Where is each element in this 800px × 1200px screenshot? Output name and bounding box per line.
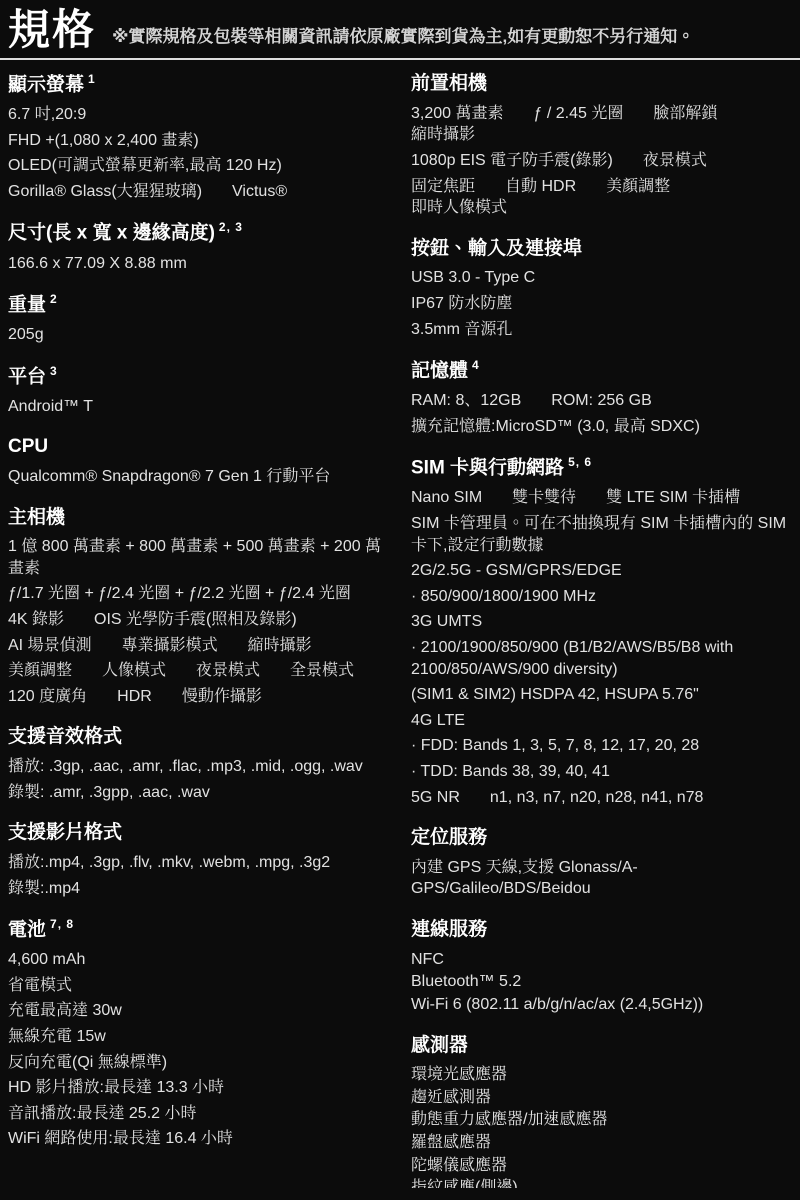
spec-value: 2G/2.5G - GSM/GPRS/EDGE [411, 560, 622, 582]
spec-value: 夜景模式 [196, 660, 260, 682]
section-heading-display: 顯示螢幕1 [8, 72, 385, 98]
spec-value: 1080p EIS 電子防手震(錄影) [411, 150, 613, 172]
section-heading-text: SIM 卡與行動網路 [411, 458, 564, 479]
spec-row: 166.6 x 77.09 X 8.88 mm [8, 253, 385, 275]
section-cpu: CPUQualcomm® Snapdragon® 7 Gen 1 行動平台 [8, 435, 385, 487]
spec-value: 6.7 吋,20:9 [8, 104, 86, 126]
spec-row: Android™ T [8, 396, 385, 418]
heading-footnote-superscript: 3 [50, 364, 58, 378]
section-front-camera: 前置相機3,200 萬畫素ƒ / 2.45 光圈臉部解鎖縮時攝影1080p EI… [411, 72, 788, 219]
spec-row: NFC [411, 949, 788, 971]
spec-value: 3G UMTS [411, 611, 482, 633]
section-heading-connectivity: 連線服務 [411, 918, 788, 943]
spec-value: 充電最高達 30w [8, 1000, 122, 1022]
spec-value: IP67 防水防塵 [411, 293, 512, 315]
spec-row: 美顏調整人像模式夜景模式全景模式 [8, 660, 385, 682]
spec-value: 人像模式 [102, 660, 166, 682]
spec-value: SIM 卡管理員。可在不抽換現有 SIM 卡插槽內的 SIM 卡下,設定行動數據 [411, 513, 788, 556]
spec-value: WiFi 網路使用:最長達 16.4 小時 [8, 1128, 233, 1150]
section-heading-location: 定位服務 [411, 826, 788, 851]
spec-value: 音訊播放:最長達 25.2 小時 [8, 1103, 196, 1125]
spec-row: (SIM1 & SIM2) HSDPA 42, HSUPA 5.76" [411, 684, 788, 706]
spec-value: 擴充記憶體:MicroSD™ (3.0, 最高 SDXC) [411, 416, 700, 438]
section-heading-text: 記憶體 [411, 361, 468, 382]
spec-row: 指紋感應(側邊) [411, 1177, 788, 1188]
section-heading-text: 電池 [8, 920, 46, 941]
spec-row: 5G NRn1, n3, n7, n20, n28, n41, n78 [411, 787, 788, 809]
spec-row: Qualcomm® Snapdragon® 7 Gen 1 行動平台 [8, 466, 385, 488]
section-platform: 平台3Android™ T [8, 364, 385, 418]
section-heading-ports: 按鈕、輸入及連接埠 [411, 237, 788, 262]
spec-row: 動態重力感應器/加速感應器 [411, 1109, 788, 1131]
spec-row: 播放:.mp4, .3gp, .flv, .mkv, .webm, .mpg, … [8, 852, 385, 874]
section-heading-cpu: CPU [8, 435, 385, 460]
section-heading-platform: 平台3 [8, 364, 385, 390]
section-heading-text: 平台 [8, 366, 46, 387]
section-heading-text: 定位服務 [411, 827, 487, 848]
spec-value: 播放:.mp4, .3gp, .flv, .mkv, .webm, .mpg, … [8, 852, 330, 874]
disclaimer-note: ※實際規格及包裝等相關資訊請依原廠實際到貨為主,如有更動恕不另行通知。 [112, 27, 694, 47]
section-connectivity: 連線服務NFCBluetooth™ 5.2Wi-Fi 6 (802.11 a/b… [411, 918, 788, 1015]
section-heading-text: 連線服務 [411, 919, 487, 940]
spec-row: 陀螺儀感應器 [411, 1155, 788, 1177]
spec-row: 4G LTE [411, 710, 788, 732]
spec-value: 即時人像模式 [411, 197, 507, 219]
spec-row: 4K 錄影OIS 光學防手震(照相及錄影) [8, 609, 385, 631]
spec-value: 無線充電 15w [8, 1026, 106, 1048]
section-main-camera: 主相機1 億 800 萬畫素 + 800 萬畫素 + 500 萬畫素 + 200… [8, 506, 385, 708]
heading-footnote-superscript: 2 [50, 292, 58, 306]
spec-value: 羅盤感應器 [411, 1132, 491, 1154]
spec-row: 省電模式 [8, 975, 385, 997]
spec-value: OLED(可調式螢幕更新率,最高 120 Hz) [8, 155, 282, 177]
section-heading-weight: 重量2 [8, 292, 385, 318]
spec-value: 內建 GPS 天線,支援 Glonass/A-GPS/Galileo/BDS/B… [411, 857, 788, 900]
section-heading-text: 尺寸(長 x 寬 x 邊緣高度) [8, 223, 215, 244]
section-heading-video-formats: 支援影片格式 [8, 821, 385, 846]
spec-row: 錄製: .amr, .3gpp, .aac, .wav [8, 782, 385, 804]
section-heading-battery: 電池7, 8 [8, 917, 385, 943]
spec-value: USB 3.0 - Type C [411, 267, 535, 289]
heading-footnote-superscript: 1 [88, 72, 96, 86]
section-heading-main-camera: 主相機 [8, 506, 385, 531]
spec-value: RAM: 8、12GB [411, 390, 521, 412]
section-heading-dimensions: 尺寸(長 x 寬 x 邊緣高度)2, 3 [8, 220, 385, 246]
section-heading-text: 重量 [8, 294, 46, 315]
spec-row: IP67 防水防塵 [411, 293, 788, 315]
spec-value: Qualcomm® Snapdragon® 7 Gen 1 行動平台 [8, 466, 330, 488]
spec-value: 205g [8, 324, 44, 346]
spec-row: 4,600 mAh [8, 949, 385, 971]
spec-row: AI 場景偵測專業攝影模式縮時攝影 [8, 635, 385, 657]
section-heading-text: CPU [8, 436, 48, 457]
spec-value: Wi-Fi 6 (802.11 a/b/g/n/ac/ax (2.4,5GHz)… [411, 994, 703, 1016]
spec-value: n1, n3, n7, n20, n28, n41, n78 [490, 787, 704, 809]
spec-row: · TDD: Bands 38, 39, 40, 41 [411, 761, 788, 783]
spec-row: SIM 卡管理員。可在不抽換現有 SIM 卡插槽內的 SIM 卡下,設定行動數據 [411, 513, 788, 556]
spec-row: Wi-Fi 6 (802.11 a/b/g/n/ac/ax (2.4,5GHz)… [411, 994, 788, 1016]
section-display: 顯示螢幕16.7 吋,20:9FHD +(1,080 x 2,400 畫素)OL… [8, 72, 385, 202]
spec-value: · FDD: Bands 1, 3, 5, 7, 8, 12, 17, 20, … [411, 735, 699, 757]
heading-footnote-superscript: 7, 8 [50, 917, 74, 931]
heading-footnote-superscript: 4 [472, 358, 480, 372]
section-heading-text: 支援音效格式 [8, 726, 122, 747]
spec-value: 美顏調整 [606, 176, 670, 198]
spec-value: Gorilla® Glass(大猩猩玻璃) [8, 181, 202, 203]
section-video-formats: 支援影片格式播放:.mp4, .3gp, .flv, .mkv, .webm, … [8, 821, 385, 899]
section-heading-text: 主相機 [8, 507, 65, 528]
spec-value: 自動 HDR [505, 176, 576, 198]
left-column: 顯示螢幕16.7 吋,20:9FHD +(1,080 x 2,400 畫素)OL… [8, 60, 385, 1188]
spec-value: (SIM1 & SIM2) HSDPA 42, HSUPA 5.76" [411, 684, 699, 706]
page-title: 規格 [8, 8, 96, 52]
section-heading-front-camera: 前置相機 [411, 72, 788, 97]
spec-row: HD 影片播放:最長達 13.3 小時 [8, 1077, 385, 1099]
section-heading-audio-formats: 支援音效格式 [8, 725, 385, 750]
spec-row: 音訊播放:最長達 25.2 小時 [8, 1103, 385, 1125]
spec-value: 美顏調整 [8, 660, 72, 682]
spec-row: 3G UMTS [411, 611, 788, 633]
spec-row: 環境光感應器 [411, 1064, 788, 1086]
spec-value: 4G LTE [411, 710, 465, 732]
spec-value: 5G NR [411, 787, 460, 809]
spec-row: 充電最高達 30w [8, 1000, 385, 1022]
spec-value: Victus® [232, 181, 287, 203]
spec-row: 3,200 萬畫素ƒ / 2.45 光圈臉部解鎖縮時攝影 [411, 103, 788, 146]
spec-value: 1 億 800 萬畫素 + 800 萬畫素 + 500 萬畫素 + 200 萬畫… [8, 536, 385, 579]
spec-row: 6.7 吋,20:9 [8, 104, 385, 126]
section-heading-sensors: 感測器 [411, 1034, 788, 1059]
spec-value: 夜景模式 [643, 150, 707, 172]
heading-footnote-superscript: 2, 3 [219, 220, 243, 234]
section-heading-text: 顯示螢幕 [8, 74, 84, 95]
spec-row: 反向充電(Qi 無線標準) [8, 1052, 385, 1074]
spec-columns: 顯示螢幕16.7 吋,20:9FHD +(1,080 x 2,400 畫素)OL… [0, 60, 800, 1188]
spec-value: NFC [411, 949, 444, 971]
spec-row: RAM: 8、12GBROM: 256 GB [411, 390, 788, 412]
spec-row: 羅盤感應器 [411, 1132, 788, 1154]
spec-row: Bluetooth™ 5.2 [411, 971, 788, 993]
spec-row: 無線充電 15w [8, 1026, 385, 1048]
spec-row: Gorilla® Glass(大猩猩玻璃)Victus® [8, 181, 385, 203]
page-header: 規格 ※實際規格及包裝等相關資訊請依原廠實際到貨為主,如有更動恕不另行通知。 [0, 0, 800, 58]
spec-value: · 850/900/1800/1900 MHz [411, 586, 596, 608]
spec-value: 指紋感應(側邊) [411, 1177, 518, 1188]
spec-value: 趨近感測器 [411, 1087, 491, 1109]
spec-value: 縮時攝影 [411, 124, 475, 146]
spec-value: 臉部解鎖 [653, 103, 717, 125]
spec-value: 120 度廣角 [8, 686, 87, 708]
spec-row: Nano SIM雙卡雙待雙 LTE SIM 卡插槽 [411, 487, 788, 509]
spec-row: 播放: .3gp, .aac, .amr, .flac, .mp3, .mid,… [8, 756, 385, 778]
spec-value: ƒ / 2.45 光圈 [534, 103, 624, 125]
spec-value: Bluetooth™ 5.2 [411, 971, 521, 993]
spec-row: 2G/2.5G - GSM/GPRS/EDGE [411, 560, 788, 582]
spec-value: 166.6 x 77.09 X 8.88 mm [8, 253, 187, 275]
section-heading-text: 前置相機 [411, 73, 487, 94]
section-memory: 記憶體4RAM: 8、12GBROM: 256 GB擴充記憶體:MicroSD™… [411, 358, 788, 437]
spec-value: AI 場景偵測 [8, 635, 92, 657]
section-sim-network: SIM 卡與行動網路5, 6Nano SIM雙卡雙待雙 LTE SIM 卡插槽S… [411, 455, 788, 808]
spec-row: · FDD: Bands 1, 3, 5, 7, 8, 12, 17, 20, … [411, 735, 788, 757]
section-location: 定位服務內建 GPS 天線,支援 Glonass/A-GPS/Galileo/B… [411, 826, 788, 900]
spec-value: 縮時攝影 [248, 635, 312, 657]
spec-row: 固定焦距自動 HDR美顏調整即時人像模式 [411, 176, 788, 219]
spec-value: Nano SIM [411, 487, 482, 509]
spec-value: 錄製: .amr, .3gpp, .aac, .wav [8, 782, 210, 804]
section-heading-text: 按鈕、輸入及連接埠 [411, 238, 582, 259]
spec-row: 205g [8, 324, 385, 346]
spec-row: USB 3.0 - Type C [411, 267, 788, 289]
spec-value: 動態重力感應器/加速感應器 [411, 1109, 607, 1131]
spec-row: · 2100/1900/850/900 (B1/B2/AWS/B5/B8 wit… [411, 637, 788, 680]
section-heading-text: 感測器 [411, 1035, 468, 1056]
spec-value: 專業攝影模式 [122, 635, 218, 657]
spec-value: · TDD: Bands 38, 39, 40, 41 [411, 761, 610, 783]
section-sensors: 感測器環境光感應器趨近感測器動態重力感應器/加速感應器羅盤感應器陀螺儀感應器指紋… [411, 1034, 788, 1189]
spec-value: 固定焦距 [411, 176, 475, 198]
spec-row: 錄製:.mp4 [8, 878, 385, 900]
spec-value: HDR [117, 686, 152, 708]
spec-value: 播放: .3gp, .aac, .amr, .flac, .mp3, .mid,… [8, 756, 363, 778]
spec-value: 省電模式 [8, 975, 72, 997]
spec-value: 雙卡雙待 [512, 487, 576, 509]
spec-value: 雙 LTE SIM 卡插槽 [606, 487, 740, 509]
section-dimensions: 尺寸(長 x 寬 x 邊緣高度)2, 3166.6 x 77.09 X 8.88… [8, 220, 385, 274]
spec-value: 反向充電(Qi 無線標準) [8, 1052, 167, 1074]
spec-page: 規格 ※實際規格及包裝等相關資訊請依原廠實際到貨為主,如有更動恕不另行通知。 顯… [0, 0, 800, 1200]
spec-value: 4K 錄影 [8, 609, 64, 631]
spec-row: OLED(可調式螢幕更新率,最高 120 Hz) [8, 155, 385, 177]
spec-row: 1080p EIS 電子防手震(錄影)夜景模式 [411, 150, 788, 172]
spec-value: ƒ/1.7 光圈 + ƒ/2.4 光圈 + ƒ/2.2 光圈 + ƒ/2.4 光… [8, 583, 351, 605]
spec-row: 內建 GPS 天線,支援 Glonass/A-GPS/Galileo/BDS/B… [411, 857, 788, 900]
spec-row: · 850/900/1800/1900 MHz [411, 586, 788, 608]
spec-row: WiFi 網路使用:最長達 16.4 小時 [8, 1128, 385, 1150]
spec-row: 趨近感測器 [411, 1087, 788, 1109]
spec-row: 3.5mm 音源孔 [411, 319, 788, 341]
spec-value: OIS 光學防手震(照相及錄影) [94, 609, 297, 631]
spec-value: Android™ T [8, 396, 93, 418]
right-column: 前置相機3,200 萬畫素ƒ / 2.45 光圈臉部解鎖縮時攝影1080p EI… [411, 60, 788, 1188]
spec-value: 慢動作攝影 [182, 686, 262, 708]
spec-value: FHD +(1,080 x 2,400 畫素) [8, 130, 199, 152]
spec-value: 環境光感應器 [411, 1064, 507, 1086]
spec-value: 錄製:.mp4 [8, 878, 80, 900]
heading-footnote-superscript: 5, 6 [568, 455, 592, 469]
spec-value: 3.5mm 音源孔 [411, 319, 512, 341]
section-heading-sim-network: SIM 卡與行動網路5, 6 [411, 455, 788, 481]
spec-value: ROM: 256 GB [551, 390, 651, 412]
section-weight: 重量2205g [8, 292, 385, 346]
spec-row: 120 度廣角HDR慢動作攝影 [8, 686, 385, 708]
spec-value: 4,600 mAh [8, 949, 85, 971]
spec-row: ƒ/1.7 光圈 + ƒ/2.4 光圈 + ƒ/2.2 光圈 + ƒ/2.4 光… [8, 583, 385, 605]
section-heading-memory: 記憶體4 [411, 358, 788, 384]
section-battery: 電池7, 84,600 mAh省電模式充電最高達 30w無線充電 15w反向充電… [8, 917, 385, 1150]
spec-row: 擴充記憶體:MicroSD™ (3.0, 最高 SDXC) [411, 416, 788, 438]
spec-value: HD 影片播放:最長達 13.3 小時 [8, 1077, 224, 1099]
spec-row: 1 億 800 萬畫素 + 800 萬畫素 + 500 萬畫素 + 200 萬畫… [8, 536, 385, 579]
spec-value: 3,200 萬畫素 [411, 103, 504, 125]
spec-row: FHD +(1,080 x 2,400 畫素) [8, 130, 385, 152]
spec-value: · 2100/1900/850/900 (B1/B2/AWS/B5/B8 wit… [411, 637, 788, 680]
spec-value: 全景模式 [290, 660, 354, 682]
section-ports: 按鈕、輸入及連接埠USB 3.0 - Type CIP67 防水防塵3.5mm … [411, 237, 788, 340]
section-audio-formats: 支援音效格式播放: .3gp, .aac, .amr, .flac, .mp3,… [8, 725, 385, 803]
spec-value: 陀螺儀感應器 [411, 1155, 507, 1177]
section-heading-text: 支援影片格式 [8, 822, 122, 843]
